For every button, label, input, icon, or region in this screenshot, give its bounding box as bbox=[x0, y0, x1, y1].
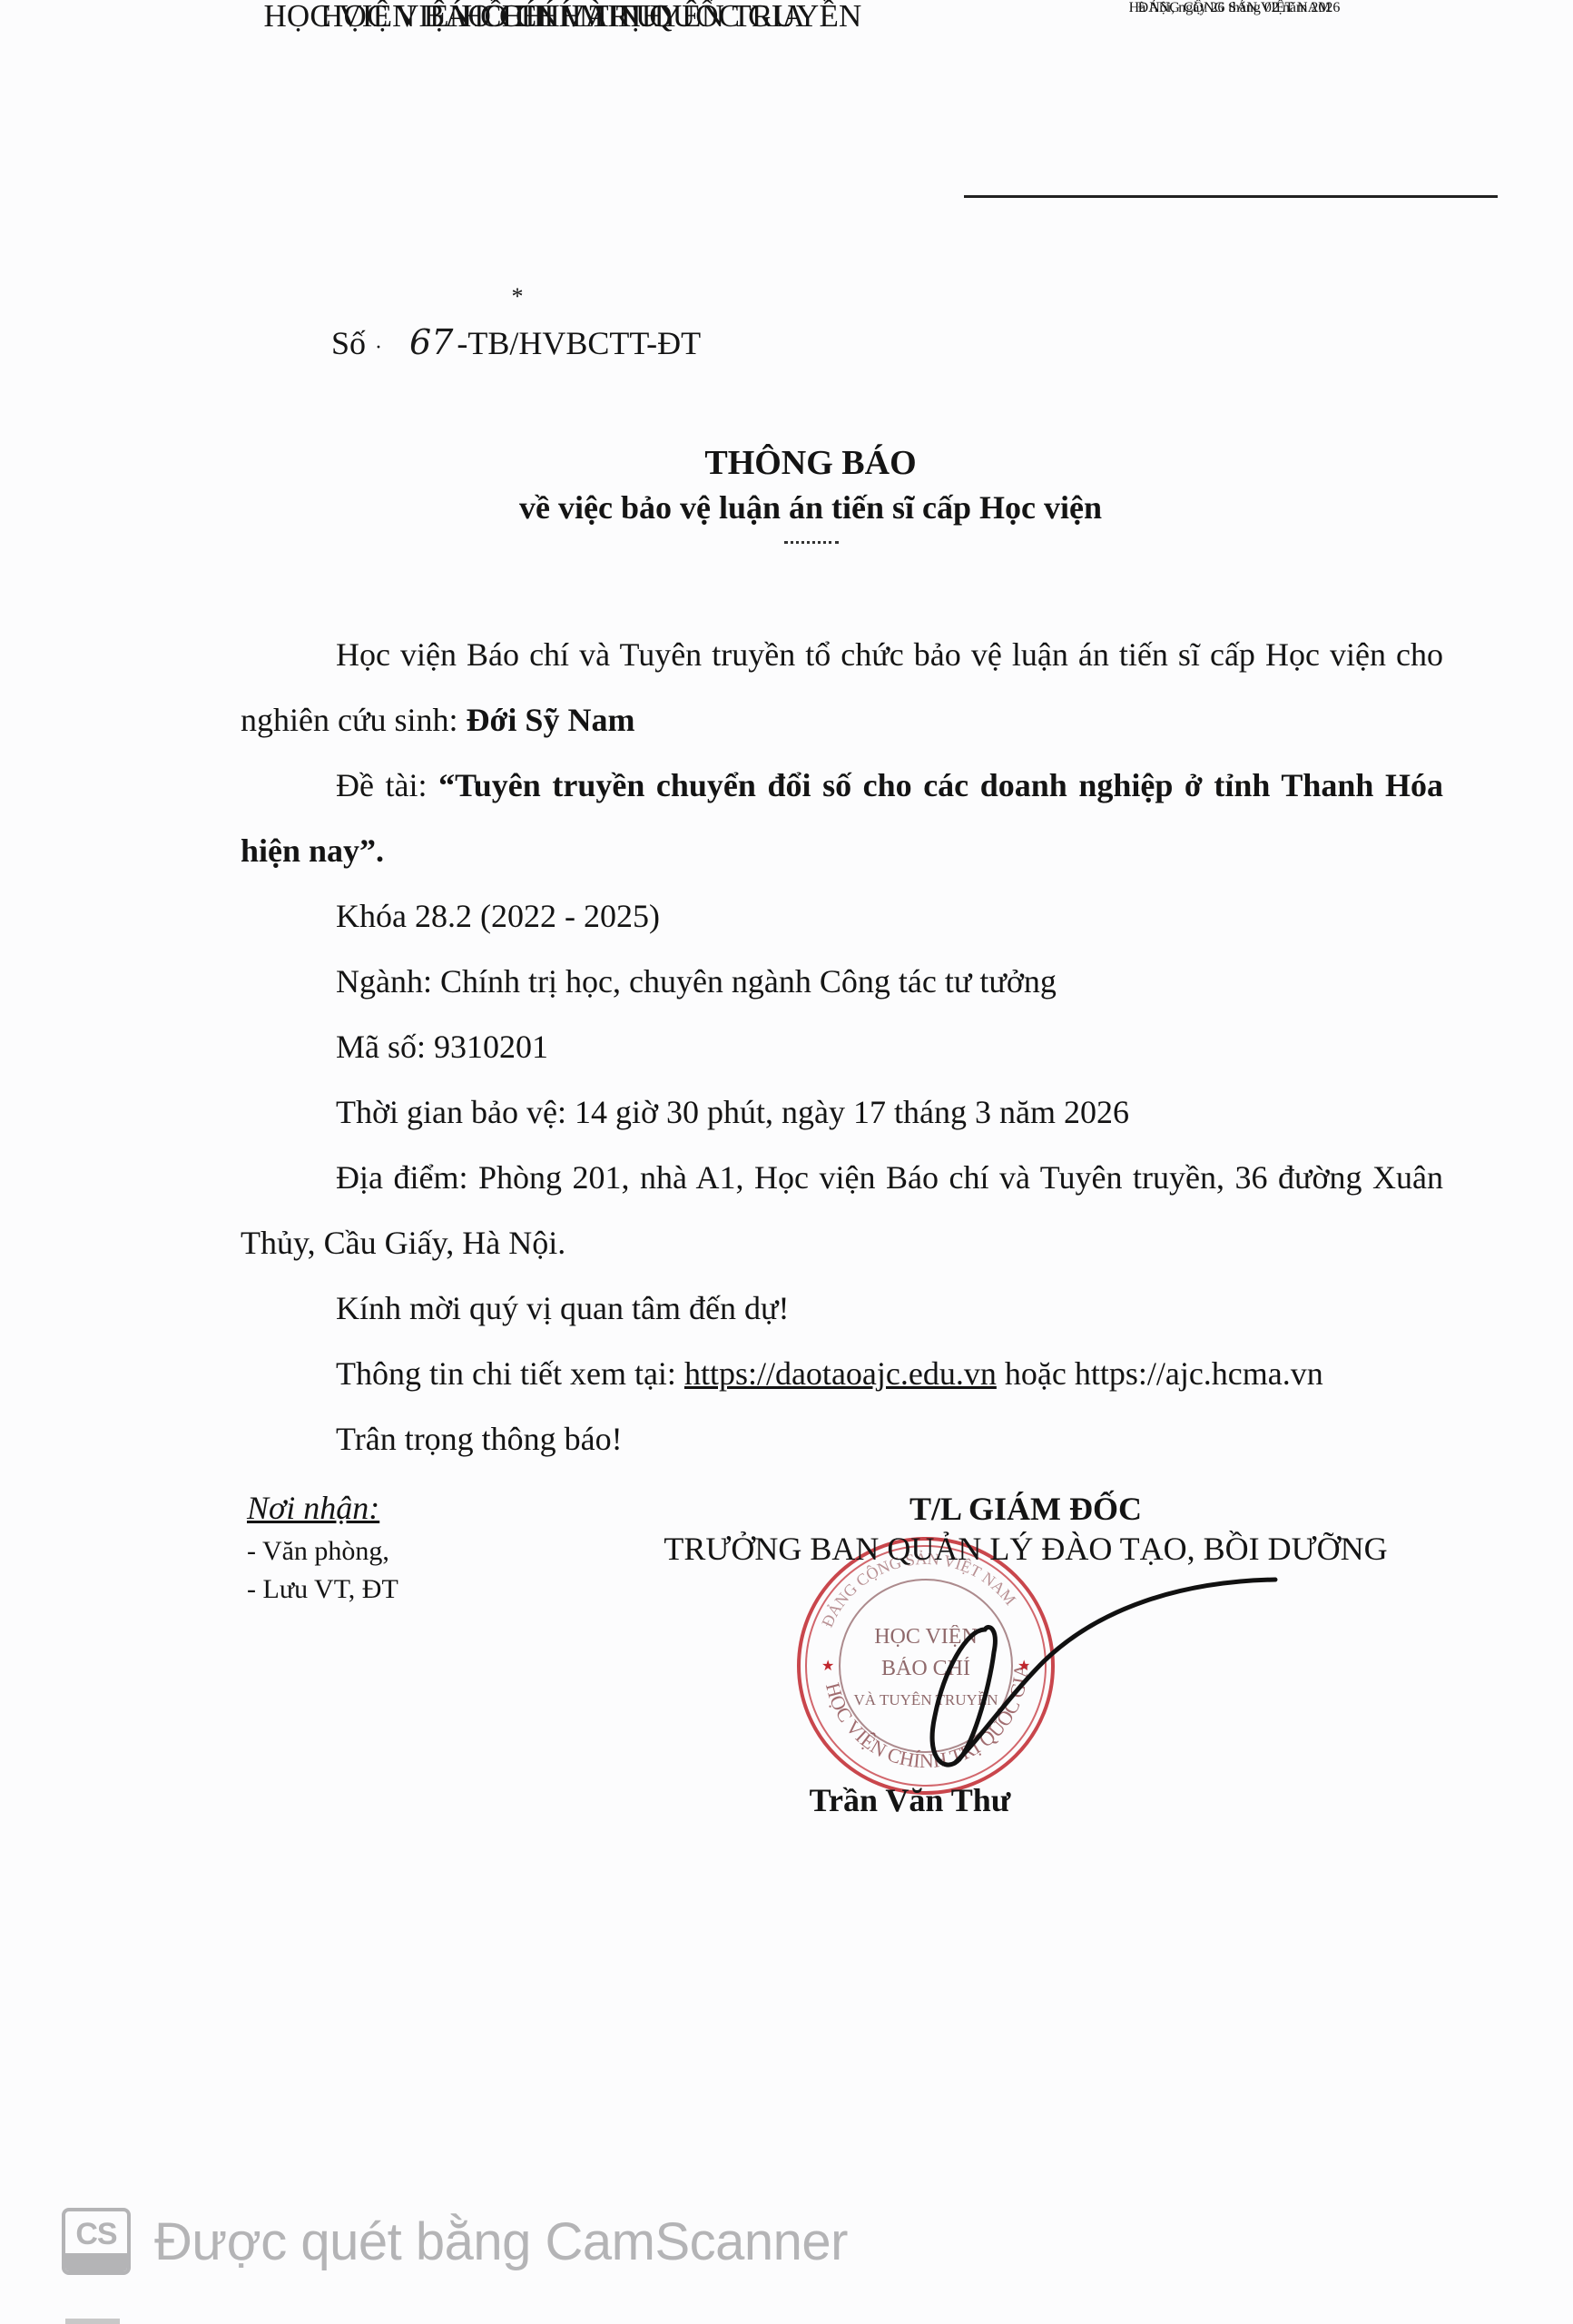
topic-paragraph: Đề tài: “Tuyên truyền chuyển đổi số cho … bbox=[241, 753, 1443, 883]
course-line: Khóa 28.2 (2022 - 2025) bbox=[241, 883, 1443, 949]
number-suffix: -TB/HVBCTT-ĐT bbox=[457, 325, 701, 361]
document-body: Học viện Báo chí và Tuyên truyền tổ chức… bbox=[241, 622, 1443, 1472]
recipients-heading: Nơi nhận: bbox=[247, 1489, 398, 1527]
closing-line: Trân trọng thông báo! bbox=[241, 1406, 1443, 1472]
document-subtitle: về việc bảo vệ luận án tiến sĩ cấp Học v… bbox=[0, 488, 1573, 527]
candidate-name: Đới Sỹ Nam bbox=[466, 702, 634, 738]
link-daotaoajc[interactable]: https://daotaoajc.edu.vn bbox=[684, 1355, 997, 1392]
star-divider: * bbox=[504, 283, 531, 310]
document-title: THÔNG BÁO bbox=[0, 443, 1573, 483]
document-date: Hà Nội, ngày 26 tháng 02 năm 2026 bbox=[935, 0, 1534, 16]
party-underline bbox=[964, 195, 1498, 198]
issuer-institution: HỌC VIỆN BÁO CHÍ VÀ TUYÊN TRUYỀN bbox=[154, 0, 971, 32]
code-line: Mã số: 9310201 bbox=[241, 1014, 1443, 1079]
recipients-block: Nơi nhận: - Văn phòng, - Lưu VT, ĐT bbox=[247, 1489, 398, 1609]
recipient-item: - Lưu VT, ĐT bbox=[247, 1571, 398, 1609]
title-separator bbox=[784, 541, 839, 544]
page-edge-mark bbox=[65, 2319, 120, 2324]
handwritten-number: 67 bbox=[409, 322, 453, 362]
major-line: Ngành: Chính trị học, chuyên ngành Công … bbox=[241, 949, 1443, 1014]
camscanner-watermark: CS Được quét bằng CamScanner bbox=[62, 2208, 848, 2275]
dot-mark: · bbox=[375, 336, 382, 359]
info-line: Thông tin chi tiết xem tại: https://daot… bbox=[241, 1341, 1443, 1406]
intro-paragraph: Học viện Báo chí và Tuyên truyền tổ chức… bbox=[241, 622, 1443, 753]
invitation-line: Kính mời quý vị quan tâm đến dự! bbox=[241, 1275, 1443, 1341]
link-ajc-hcma: https://ajc.hcma.vn bbox=[1075, 1355, 1323, 1392]
camscanner-logo-icon: CS bbox=[62, 2208, 131, 2275]
signing-authority: T/L GIÁM ĐỐC bbox=[581, 1489, 1470, 1529]
number-prefix: Số bbox=[331, 325, 366, 361]
recipient-item: - Văn phòng, bbox=[247, 1532, 398, 1571]
location-paragraph: Địa điểm: Phòng 201, nhà A1, Học viện Bá… bbox=[241, 1145, 1443, 1275]
watermark-text: Được quét bằng CamScanner bbox=[154, 2211, 848, 2272]
time-line: Thời gian bảo vệ: 14 giờ 30 phút, ngày 1… bbox=[241, 1079, 1443, 1145]
signer-name: Trần Văn Thư bbox=[0, 1781, 1573, 1819]
document-number: Số·67-TB/HVBCTT-ĐT bbox=[331, 322, 701, 362]
